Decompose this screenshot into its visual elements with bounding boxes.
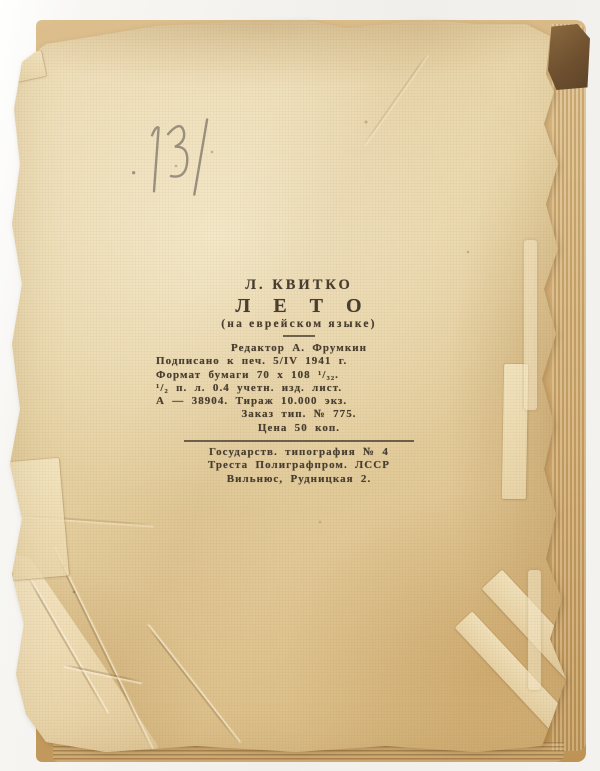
book-title: Л Е Т О	[156, 296, 442, 317]
pencil-digit-3	[168, 126, 189, 177]
pencil-digit-1b	[189, 119, 212, 194]
short-divider-rule	[283, 335, 315, 337]
handwritten-inventory-number: 131	[123, 111, 221, 213]
imprint-line-paper-format: Формат бумаги 70 x 108 ¹/₃₂.	[156, 369, 442, 382]
tape-repair	[4, 50, 47, 83]
imprint-line-print-run: А — 38904. Тираж 10.000 экз.	[156, 395, 442, 408]
crease-line	[146, 625, 240, 744]
back-cover: 131 Л. КВИТКО Л Е Т О (на еврейском язык…	[6, 14, 572, 760]
author-line: Л. КВИТКО	[156, 277, 442, 293]
printer-line-typography: Государств. типография № 4	[156, 446, 442, 459]
edge-wear	[528, 570, 541, 690]
imprint-line-signed-to-print: Подписано к печ. 5/IV 1941 г.	[156, 355, 442, 368]
pencil-digit-1	[150, 127, 163, 191]
book-scan-photo: 131 Л. КВИТКО Л Е Т О (на еврейском язык…	[0, 0, 600, 771]
folded-corner-bottom-left	[14, 554, 176, 760]
crease-line	[363, 54, 428, 145]
pencil-dot	[132, 171, 135, 174]
language-note: (на еврейском языке)	[156, 318, 442, 331]
page-fore-edge	[552, 24, 586, 751]
colophon-text-block: Л. КВИТКО Л Е Т О (на еврейском языке) Р…	[156, 277, 442, 486]
edge-wear	[524, 240, 537, 410]
imprint-line-price: Цена 50 коп.	[156, 422, 442, 435]
printer-line-address: Вильнюс, Рудницкая 2.	[156, 473, 442, 486]
long-divider-rule	[184, 440, 414, 442]
tape-repair	[3, 458, 69, 580]
imprint-line-order-number: Заказ тип. № 775.	[156, 408, 442, 421]
torn-corner-exposed-board	[548, 24, 590, 90]
printer-line-trust: Треста Полиграфпром. ЛССР	[156, 459, 442, 472]
imprint-line-editor: Редактор А. Фрумкин	[156, 342, 442, 355]
imprint-line-sheets: ¹/₂ п. л. 0.4 учетн. изд. лист.	[156, 382, 442, 395]
